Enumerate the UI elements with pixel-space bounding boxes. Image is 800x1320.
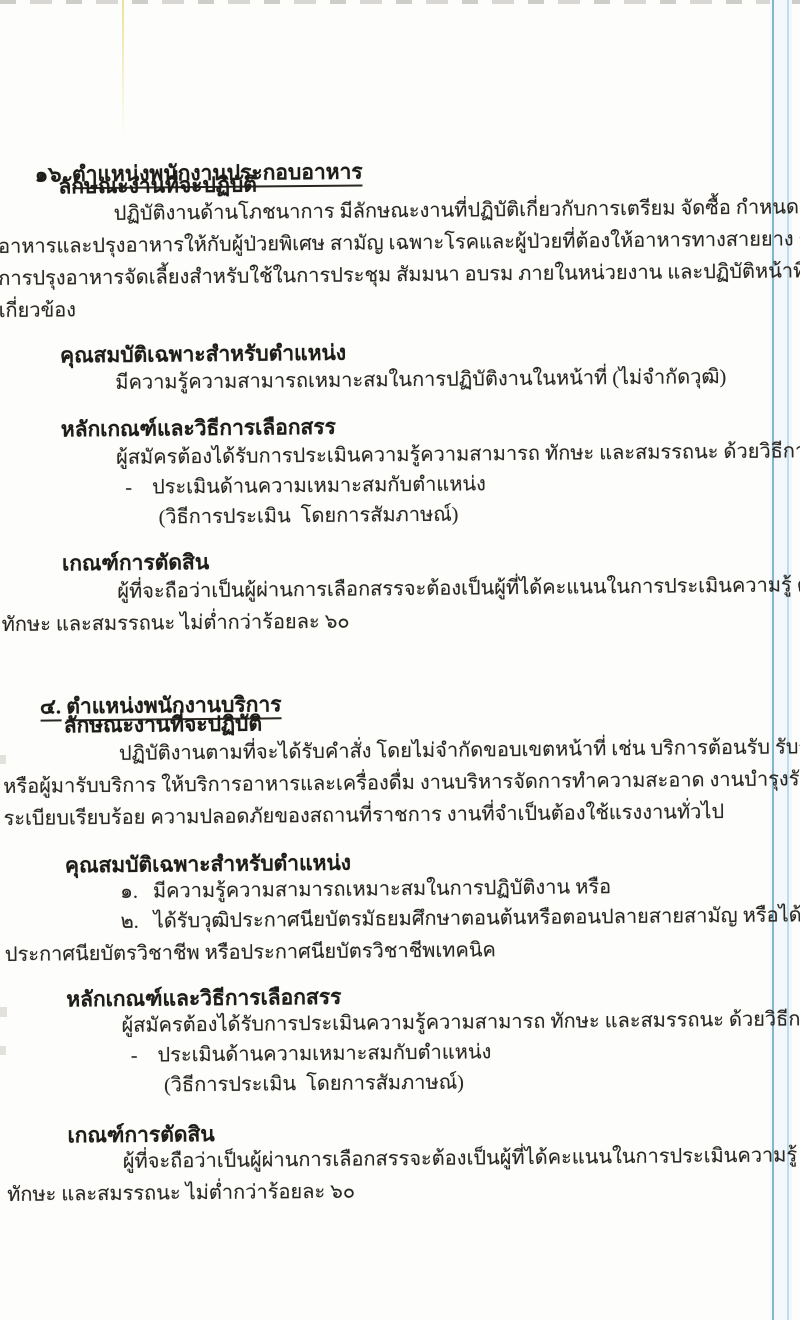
subsection-heading-job-description: ลักษณะงานที่จะปฏิบัติ [63,707,262,742]
body-line: ๒. ได้รับวุฒิประกาศนียบัตรมัธยมศึกษาตอนต… [120,902,800,935]
subsection-heading-job-description: ลักษณะงานที่จะปฏิบัติ [58,169,257,204]
body-line: ผู้ที่จะถือว่าเป็นผู้ผ่านการเลือกสรรจะต้… [117,571,800,605]
section-number: ๔. [40,694,61,721]
body-line: - ประเมินด้านความเหมาะสมกับตำแหน่ง [125,471,486,500]
body-line: ๑. มีความรู้ความสามารถเหมาะสมในการปฏิบัต… [120,874,611,905]
body-line: หรือผู้มารับบริการ ให้บริการอาหารและเครื… [3,765,800,800]
document-content: ๑๖. ตำแหน่งพนักงานประกอบอาหาร ลักษณะงานท… [0,0,800,1320]
body-line: ทักษะ และสมรรถนะ ไม่ต่ำกว่าร้อยละ ๖๐ [7,1179,355,1208]
subsection-heading-qualifications: คุณสมบัติเฉพาะสำหรับตำแหน่ง [60,337,346,373]
body-line: (วิธีการประเมิน โดยการสัมภาษณ์) [164,1070,464,1099]
body-line: อาหารและปรุงอาหารให้กับผู้ป่วยพิเศษ สามั… [0,226,800,260]
body-line: การปรุงอาหารจัดเลี้ยงสำหรับใช้ในการประชุ… [0,258,800,292]
subsection-heading-decision-criteria: เกณฑ์การตัดสิน [62,546,209,580]
body-line: - ประเมินด้านความเหมาะสมกับตำแหน่ง [131,1039,492,1068]
body-line: มีความรู้ความสามารถเหมาะสมในการปฏิบัติงา… [115,364,726,396]
body-line: (วิธีการประเมิน โดยการสัมภาษณ์) [159,502,459,531]
body-line: ระเบียบเรียบร้อย ความปลอดภัยของสถานที่รา… [3,799,724,832]
scanned-document-page: ๑๖. ตำแหน่งพนักงานประกอบอาหาร ลักษณะงานท… [0,0,800,1320]
subsection-heading-selection-criteria: หลักเกณฑ์และวิธีการเลือกสรร [61,411,336,447]
body-line: ทักษะ และสมรรถนะ ไม่ต่ำกว่าร้อยละ ๖๐ [2,609,350,638]
body-line: ประกาศนียบัตรวิชาชีพ หรือประกาศนียบัตรวิ… [5,937,496,968]
body-line: ผู้ที่จะถือว่าเป็นผู้ผ่านการเลือกสรรจะต้… [123,1141,800,1175]
body-line: เกี่ยวข้อง [0,297,76,324]
